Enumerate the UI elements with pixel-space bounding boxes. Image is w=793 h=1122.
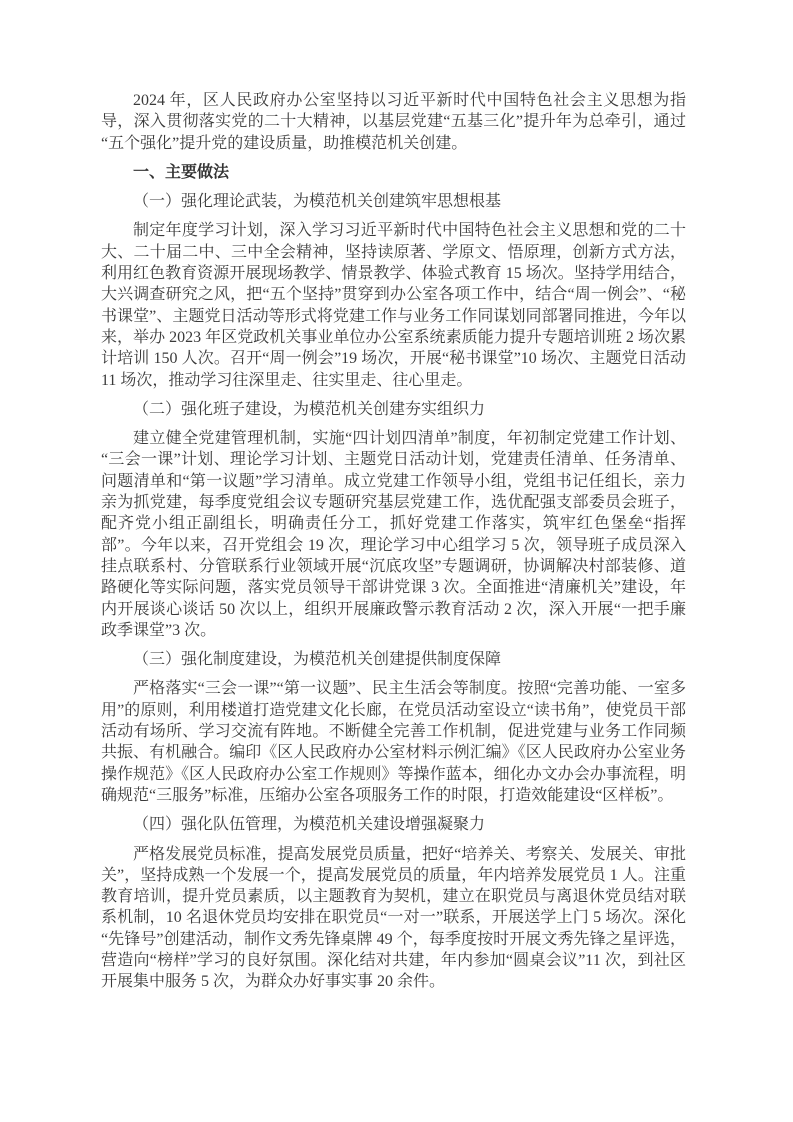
subsection-2-heading: （二）强化班子建设，为模范机关创建夯实组织力: [101, 399, 686, 420]
subsection-1-body: 制定年度学习计划，深入学习习近平新时代中国特色社会主义思想和党的二十大、二十届二…: [101, 220, 686, 390]
document-page: 2024 年，区人民政府办公室坚持以习近平新时代中国特色社会主义思想为指导，深入…: [0, 0, 793, 1122]
subsection-2-body: 建立健全党建管理机制，实施“四计划四清单”制度，年初制定党建工作计划、“三会一课…: [101, 428, 686, 641]
subsection-4-body: 严格发展党员标准，提高发展党员质量，把好“培养关、考察关、发展关、审批关”，坚持…: [101, 844, 686, 993]
subsection-3-heading: （三）强化制度建设，为模范机关创建提供制度保障: [101, 649, 686, 670]
subsection-1-heading: （一）强化理论武装，为模范机关创建筑牢思想根基: [101, 191, 686, 212]
subsection-3-body: 严格落实“三会一课”“第一议题”、民主生活会等制度。按照“完善功能、一室多用”的…: [101, 678, 686, 806]
subsection-4-heading: （四）强化队伍管理，为模范机关建设增强凝聚力: [101, 814, 686, 835]
main-heading: 一、主要做法: [101, 162, 686, 183]
intro-paragraph: 2024 年，区人民政府办公室坚持以习近平新时代中国特色社会主义思想为指导，深入…: [101, 90, 686, 154]
